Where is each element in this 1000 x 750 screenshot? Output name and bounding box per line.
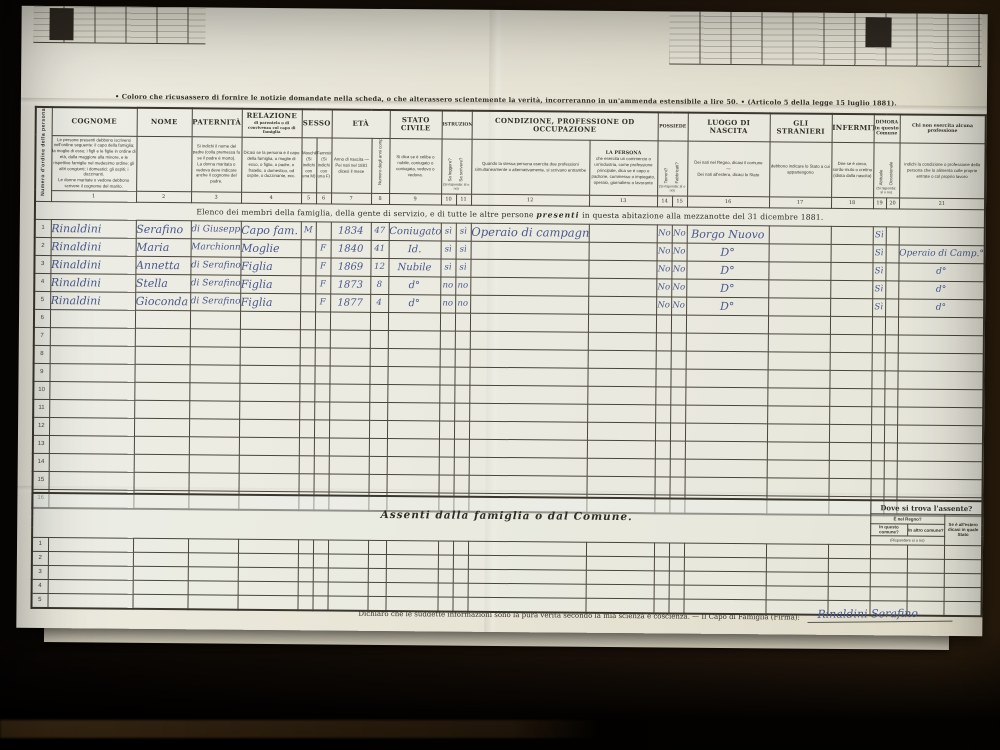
cell: [899, 227, 985, 246]
cell: [830, 316, 872, 334]
cell: [315, 312, 330, 330]
nome-instructions: [136, 136, 191, 191]
cell: [453, 569, 468, 583]
cell: [299, 420, 314, 438]
cell: [240, 311, 300, 330]
cell: [188, 580, 238, 594]
cell: [654, 584, 669, 598]
cell: [870, 544, 907, 558]
census-form-sheet: • Coloro che ricusassero di fornire le n…: [16, 6, 987, 636]
cell: F: [316, 240, 331, 258]
cell: [686, 351, 768, 370]
cell: Operaio di campagna: [471, 223, 589, 242]
cell: [439, 439, 454, 457]
cell: [685, 423, 767, 442]
cell: [300, 348, 315, 366]
cell: [190, 329, 240, 347]
cell: no: [440, 277, 455, 295]
cell: 41: [371, 240, 389, 258]
cell: [669, 557, 684, 571]
cell: [299, 438, 314, 456]
cell: [468, 555, 586, 570]
cell: d°: [898, 281, 984, 300]
dove-q2: In altro comune?: [907, 524, 944, 536]
cell: No: [672, 243, 687, 261]
cell: Id.: [389, 240, 441, 258]
cell: 1: [35, 219, 51, 237]
cell: 6: [34, 309, 50, 327]
dove-regno: È nel Regno?: [870, 514, 944, 525]
cell: [655, 405, 670, 423]
cell: [386, 540, 438, 554]
cell: [767, 388, 829, 407]
cell: Annetta: [135, 256, 190, 274]
cell: [328, 554, 368, 568]
cell: [299, 366, 314, 384]
cell: No: [656, 297, 671, 315]
cell: No: [656, 279, 671, 297]
cell: [828, 572, 870, 586]
cell: [314, 456, 329, 474]
cell: [438, 569, 453, 583]
cell: [768, 334, 830, 353]
col-istruzione-title: ISTRUZIONE: [442, 110, 472, 139]
cell: [300, 294, 315, 312]
cell: [330, 312, 370, 330]
cell: [886, 245, 899, 263]
cell: Rinaldini: [50, 291, 135, 310]
cell: [897, 407, 983, 426]
col-stranieri-title: GLI STRANIERI: [770, 113, 832, 142]
cell: [189, 365, 239, 383]
photo-of-census-sheet: • Coloro che ricusassero di fornire le n…: [0, 0, 1000, 750]
col-numero: Numero d'ordine della persona: [35, 107, 52, 202]
cell: [470, 259, 588, 278]
cell: sì: [441, 241, 456, 259]
dimora-subheads: AbitualeOccasionale (Si risponda: sì o n…: [873, 143, 899, 198]
cell: Maria: [136, 238, 191, 256]
cell: [453, 583, 468, 597]
cell: [386, 582, 438, 596]
col-sesso-title: SESSO: [302, 109, 332, 138]
cell: 12: [370, 258, 388, 276]
cell: [884, 407, 897, 425]
cell: [299, 384, 314, 402]
cell: [587, 440, 655, 459]
cell: [655, 441, 670, 459]
absent-heading-area: Assenti dalla famiglia o dal Comune.: [32, 493, 871, 544]
cell: [684, 543, 766, 558]
cell: Coniugato: [389, 222, 441, 240]
cell: [369, 438, 387, 456]
cell: Rinaldini: [51, 237, 136, 256]
cell: 3: [34, 255, 50, 273]
cell: [897, 443, 983, 462]
col-cognome-title: COGNOME: [52, 107, 137, 136]
cell: [871, 389, 884, 407]
cell: [239, 383, 299, 402]
cell: No: [656, 261, 671, 279]
cell: F: [315, 258, 330, 276]
condizione-due-subhead: Quando la stessa persona esercita due pr…: [471, 139, 589, 195]
cell: [313, 581, 328, 595]
cell: no: [455, 277, 470, 295]
cell: [298, 581, 313, 595]
cell: [471, 241, 589, 260]
cell: 4: [370, 294, 388, 312]
cell: [314, 474, 329, 492]
cell: [453, 555, 468, 569]
cell: [369, 474, 387, 492]
cell: [387, 366, 439, 384]
cell: sì: [455, 259, 470, 277]
cell: [829, 388, 871, 406]
cell: [588, 260, 656, 279]
cell: M: [301, 222, 316, 240]
cell: [239, 437, 299, 456]
col-dimora-title: DIMORA in questo Comune: [874, 114, 900, 143]
cell: [768, 316, 830, 335]
cell: [49, 363, 134, 382]
cell: Rinaldini: [51, 219, 136, 238]
stato-instructions: Si dica se è celibe o nubile, coniugato …: [389, 138, 441, 193]
cell: [329, 438, 369, 456]
cell: [370, 330, 388, 348]
cell: Borgo Nuovo: [687, 225, 769, 244]
cell: [872, 335, 885, 353]
cell: 47: [371, 222, 389, 240]
cell: Sì: [872, 281, 885, 299]
cell: [240, 329, 300, 348]
cell: [828, 558, 870, 572]
cell: [315, 348, 330, 366]
cell: Rinaldini: [50, 255, 135, 274]
cell: [453, 541, 468, 555]
cell: [670, 387, 685, 405]
cell: [684, 585, 766, 600]
cell: [439, 367, 454, 385]
cell: D°: [686, 279, 768, 298]
cell: [884, 371, 897, 389]
cell: [897, 461, 983, 480]
cell: [654, 556, 669, 570]
col-nome-title: NOME: [137, 108, 192, 137]
cell: [685, 387, 767, 406]
cell: [884, 389, 897, 407]
cell: [655, 459, 670, 477]
cell: [830, 280, 872, 298]
cell: [439, 475, 454, 493]
cell: 1873: [330, 276, 370, 294]
cell: [669, 585, 684, 599]
cell: [440, 349, 455, 367]
cell: 3: [32, 565, 48, 579]
cell: [313, 539, 328, 553]
cell: [49, 417, 134, 436]
cell: [684, 571, 766, 586]
cell: [587, 386, 655, 405]
cell: [454, 403, 469, 421]
cell: [944, 545, 982, 559]
cell: [830, 352, 872, 370]
cell: d°: [388, 276, 440, 294]
cell: [871, 443, 884, 461]
absent-heading: Assenti dalla famiglia o dal Comune.: [33, 494, 870, 525]
cell: [897, 371, 983, 390]
cell: [871, 407, 884, 425]
cell: [49, 471, 134, 490]
cell: [768, 298, 830, 317]
cell: di Giuseppe: [191, 221, 241, 239]
cell: [189, 419, 239, 437]
cell: [767, 478, 829, 497]
cell: [298, 553, 313, 567]
cell: 9: [33, 363, 49, 381]
cell: [50, 345, 135, 364]
cell: 7: [34, 327, 50, 345]
cell: [238, 539, 298, 554]
cell: [134, 472, 189, 490]
cell: [329, 456, 369, 474]
cell: 12: [33, 417, 49, 435]
cell: [329, 420, 369, 438]
cell: [872, 353, 885, 371]
cell: [671, 351, 686, 369]
cell: [871, 371, 884, 389]
cell: [50, 327, 135, 346]
cell: [189, 383, 239, 401]
cell: [885, 335, 898, 353]
cell: [189, 473, 239, 491]
cell: [470, 331, 588, 350]
cell: [871, 461, 884, 479]
cell: [907, 573, 944, 587]
cell: di Serafino: [190, 293, 240, 311]
cell: [871, 425, 884, 443]
cell: Marchionni fu Gius.: [191, 239, 241, 257]
cell: Sì: [872, 263, 885, 281]
cell: [239, 455, 299, 474]
cell: [829, 406, 871, 424]
cell: 8: [370, 276, 388, 294]
cell: 13: [33, 435, 49, 453]
cell: [369, 384, 387, 402]
cell: [654, 570, 669, 584]
dove-q1: In questo comune?: [870, 524, 907, 536]
cell: [134, 400, 189, 418]
cell: [300, 258, 315, 276]
cell: [767, 370, 829, 389]
cell: 1: [32, 537, 48, 551]
col-luogo-title: LUOGO DI NASCITA: [688, 113, 770, 142]
cell: [588, 296, 656, 315]
cell: [468, 569, 586, 584]
cell: 4: [34, 273, 50, 291]
cell: [767, 424, 829, 443]
cell: 1869: [330, 258, 370, 276]
census-table: Numero d'ordine della persona COGNOME NO…: [31, 106, 987, 517]
cell: [439, 457, 454, 475]
cell: [369, 420, 387, 438]
infermita-instructions: Dire se è cieco, sordo-muto o cretino (i…: [831, 142, 873, 197]
cell: [387, 420, 439, 438]
cell: [656, 351, 671, 369]
cell: [188, 566, 238, 580]
relazione-instructions: Dicasi se la persona è il capo della fam…: [241, 137, 301, 192]
cell: [49, 435, 134, 454]
cell: [885, 263, 898, 281]
cell: [454, 367, 469, 385]
cell: [387, 456, 439, 474]
cell: [455, 331, 470, 349]
cell: d°: [898, 263, 984, 282]
cell: 2: [35, 237, 51, 255]
cell: [469, 457, 587, 476]
cell: [766, 543, 828, 558]
cell: [656, 333, 671, 351]
cell: Operaio di Camp.°: [899, 245, 985, 264]
cell: di Serafino: [190, 257, 240, 275]
cell: [907, 559, 944, 573]
cell: [885, 317, 898, 335]
cell: [50, 309, 135, 328]
cell: No: [671, 261, 686, 279]
cell: [133, 538, 188, 552]
cell: [587, 368, 655, 387]
cell: [454, 439, 469, 457]
cell: Sì: [873, 227, 886, 245]
cell: [386, 554, 438, 568]
cell: [469, 403, 587, 422]
cell: [685, 459, 767, 478]
cell: sì: [456, 223, 471, 241]
cell: [944, 559, 982, 573]
cell: 11: [33, 399, 49, 417]
cell: [368, 582, 386, 596]
condizione-persona-subhead: LA PERSONAche esercita un commercio o un…: [589, 140, 657, 195]
cell: [298, 567, 313, 581]
cell: [769, 226, 831, 245]
cell: [829, 478, 871, 496]
cell: [586, 570, 654, 585]
cell: d°: [898, 299, 984, 318]
cell: [884, 443, 897, 461]
cell: [670, 459, 685, 477]
cell: [368, 554, 386, 568]
cell: [329, 474, 369, 492]
cell: [670, 405, 685, 423]
cell: [588, 278, 656, 297]
cell: [329, 384, 369, 402]
cell: [588, 350, 656, 369]
cell: [299, 456, 314, 474]
cell: No: [657, 225, 672, 243]
cell: [238, 553, 298, 568]
cell: [685, 369, 767, 388]
possiede-subheads: Terreni?Fabbricati? (Si risponda: sì o n…: [657, 141, 687, 196]
cell: [586, 542, 654, 557]
cell: [314, 366, 329, 384]
cell: [768, 280, 830, 299]
cell: [654, 542, 669, 556]
cell: F: [315, 276, 330, 294]
cell: [314, 384, 329, 402]
cell: [135, 310, 190, 328]
cell: [830, 298, 872, 316]
cell: [588, 314, 656, 333]
cell: [48, 565, 133, 580]
cell: [670, 423, 685, 441]
cell: 10: [33, 381, 49, 399]
head-of-family-signature: Rinaldini Serafino: [808, 607, 953, 623]
cell: [239, 401, 299, 420]
cell: [188, 552, 238, 566]
cell: [388, 330, 440, 348]
cell: [470, 313, 588, 332]
cell: [766, 585, 828, 600]
cell: [671, 333, 686, 351]
col-relazione-title: RELAZIONEdi parentela o di convivenza co…: [242, 109, 302, 138]
luogo-instructions: Dei nati nel Regno, dicasi il comune — D…: [687, 141, 769, 196]
cell: [685, 477, 767, 496]
cell: [134, 454, 189, 472]
cell: [238, 581, 298, 596]
cell: [655, 423, 670, 441]
cell: [189, 401, 239, 419]
cell: [369, 456, 387, 474]
istruzione-subheads: Sa leggere?Sa scrivere? (Si risponda: sì…: [441, 139, 471, 194]
cell: 8: [34, 345, 50, 363]
cell: [134, 364, 189, 382]
cell: Serafino: [136, 220, 191, 238]
cell: [48, 579, 133, 594]
stranieri-instructions: debbono indicare lo Stato a cui apparten…: [769, 142, 831, 197]
cell: [387, 438, 439, 456]
cell: [135, 328, 190, 346]
cell: sì: [456, 241, 471, 259]
cell: [767, 406, 829, 425]
cell: [871, 479, 884, 497]
absent-section-table: Assenti dalla famiglia o dal Comune. Dov…: [30, 492, 983, 617]
cell: [829, 370, 871, 388]
cell: [316, 222, 331, 240]
cell: No: [657, 243, 672, 261]
cell: D°: [686, 261, 768, 280]
cell: [829, 460, 871, 478]
form-fragment-top-left: [33, 6, 205, 44]
cell: [897, 389, 983, 408]
cell: [885, 281, 898, 299]
cell: Figlia: [240, 257, 300, 276]
cell: [299, 402, 314, 420]
cell: [330, 330, 370, 348]
cell: [469, 475, 587, 494]
cell: [656, 315, 671, 333]
cell: [828, 544, 870, 558]
cell: [766, 571, 828, 586]
cell: [329, 402, 369, 420]
cell: [313, 553, 328, 567]
cell: [190, 311, 240, 329]
cell: [454, 421, 469, 439]
cell: [134, 436, 189, 454]
dove-estero: Se è all'estero dicasi in quale Stato: [944, 514, 982, 545]
cell: [589, 242, 657, 261]
eta-anni-subhead: Numero degli anni compiuti: [371, 138, 389, 193]
cell: [830, 262, 872, 280]
cell: [671, 315, 686, 333]
cell: [587, 422, 655, 441]
